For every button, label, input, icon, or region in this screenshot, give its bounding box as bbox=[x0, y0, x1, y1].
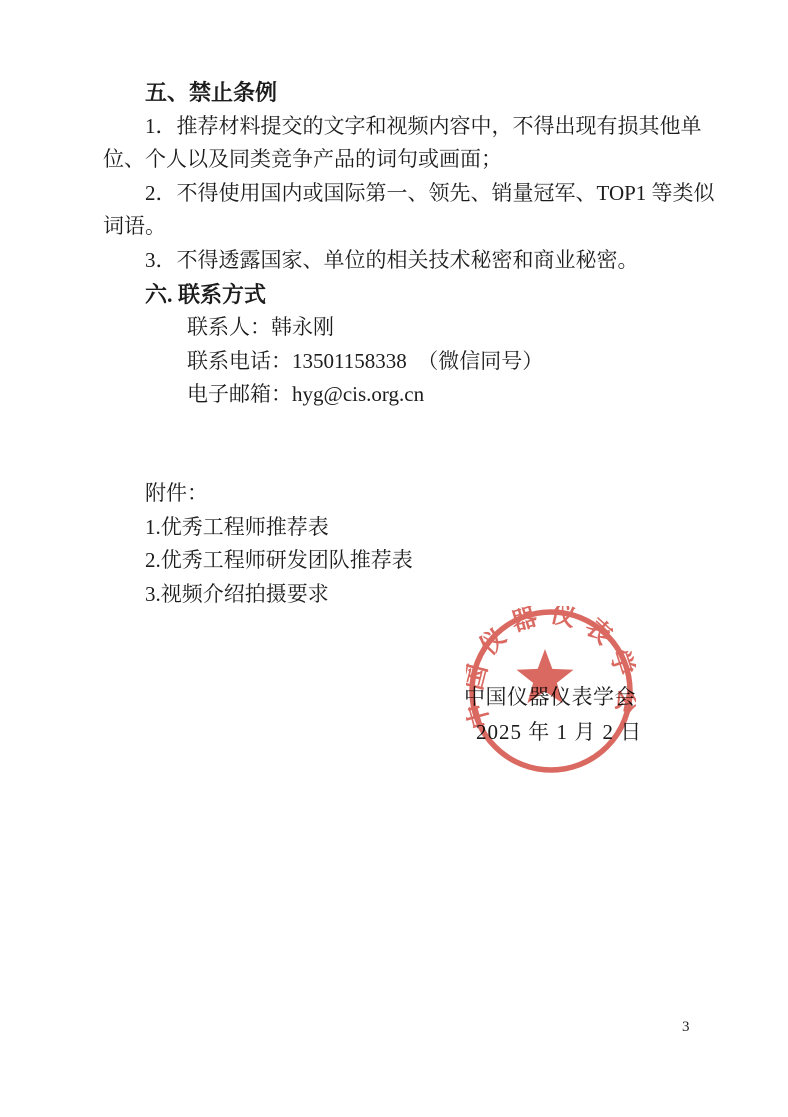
contact-phone-line: 联系电话：13501158338 （微信同号） bbox=[103, 345, 711, 379]
contact-person-line: 联系人：韩永刚 bbox=[103, 311, 711, 345]
section-heading-contact: 六. 联系方式 bbox=[103, 278, 711, 312]
attachments-label: 附件： bbox=[145, 477, 413, 511]
seal-star-icon bbox=[516, 649, 573, 703]
contact-email-line: 电子邮箱：hyg@cis.org.cn bbox=[103, 378, 711, 412]
prohibition-item-1-line-2: 位、个人以及同类竞争产品的词句或画面； bbox=[103, 143, 711, 177]
attachment-item-1: 1.优秀工程师推荐表 bbox=[145, 511, 413, 545]
prohibition-item-1-line-1: 1．推荐材料提交的文字和视频内容中，不得出现有损其他单 bbox=[103, 110, 711, 144]
page-number: 3 bbox=[682, 1019, 690, 1036]
official-seal-stamp-icon: 中国仪器仪表学会 bbox=[466, 606, 636, 776]
attachments-block: 附件： 1.优秀工程师推荐表 2.优秀工程师研发团队推荐表 3.视频介绍拍摄要求 bbox=[145, 477, 413, 611]
prohibition-item-2-line-1: 2．不得使用国内或国际第一、领先、销量冠军、TOP1 等类似 bbox=[103, 177, 711, 211]
document-body: 五、禁止条例 1．推荐材料提交的文字和视频内容中，不得出现有损其他单 位、个人以… bbox=[103, 76, 711, 412]
document-page: 五、禁止条例 1．推荐材料提交的文字和视频内容中，不得出现有损其他单 位、个人以… bbox=[0, 0, 788, 1117]
attachment-item-2: 2.优秀工程师研发团队推荐表 bbox=[145, 544, 413, 578]
prohibition-item-3: 3．不得透露国家、单位的相关技术秘密和商业秘密。 bbox=[103, 244, 711, 278]
attachment-item-3: 3.视频介绍拍摄要求 bbox=[145, 578, 413, 612]
section-heading-prohibition: 五、禁止条例 bbox=[103, 76, 711, 110]
prohibition-item-2-line-2: 词语。 bbox=[103, 210, 711, 244]
